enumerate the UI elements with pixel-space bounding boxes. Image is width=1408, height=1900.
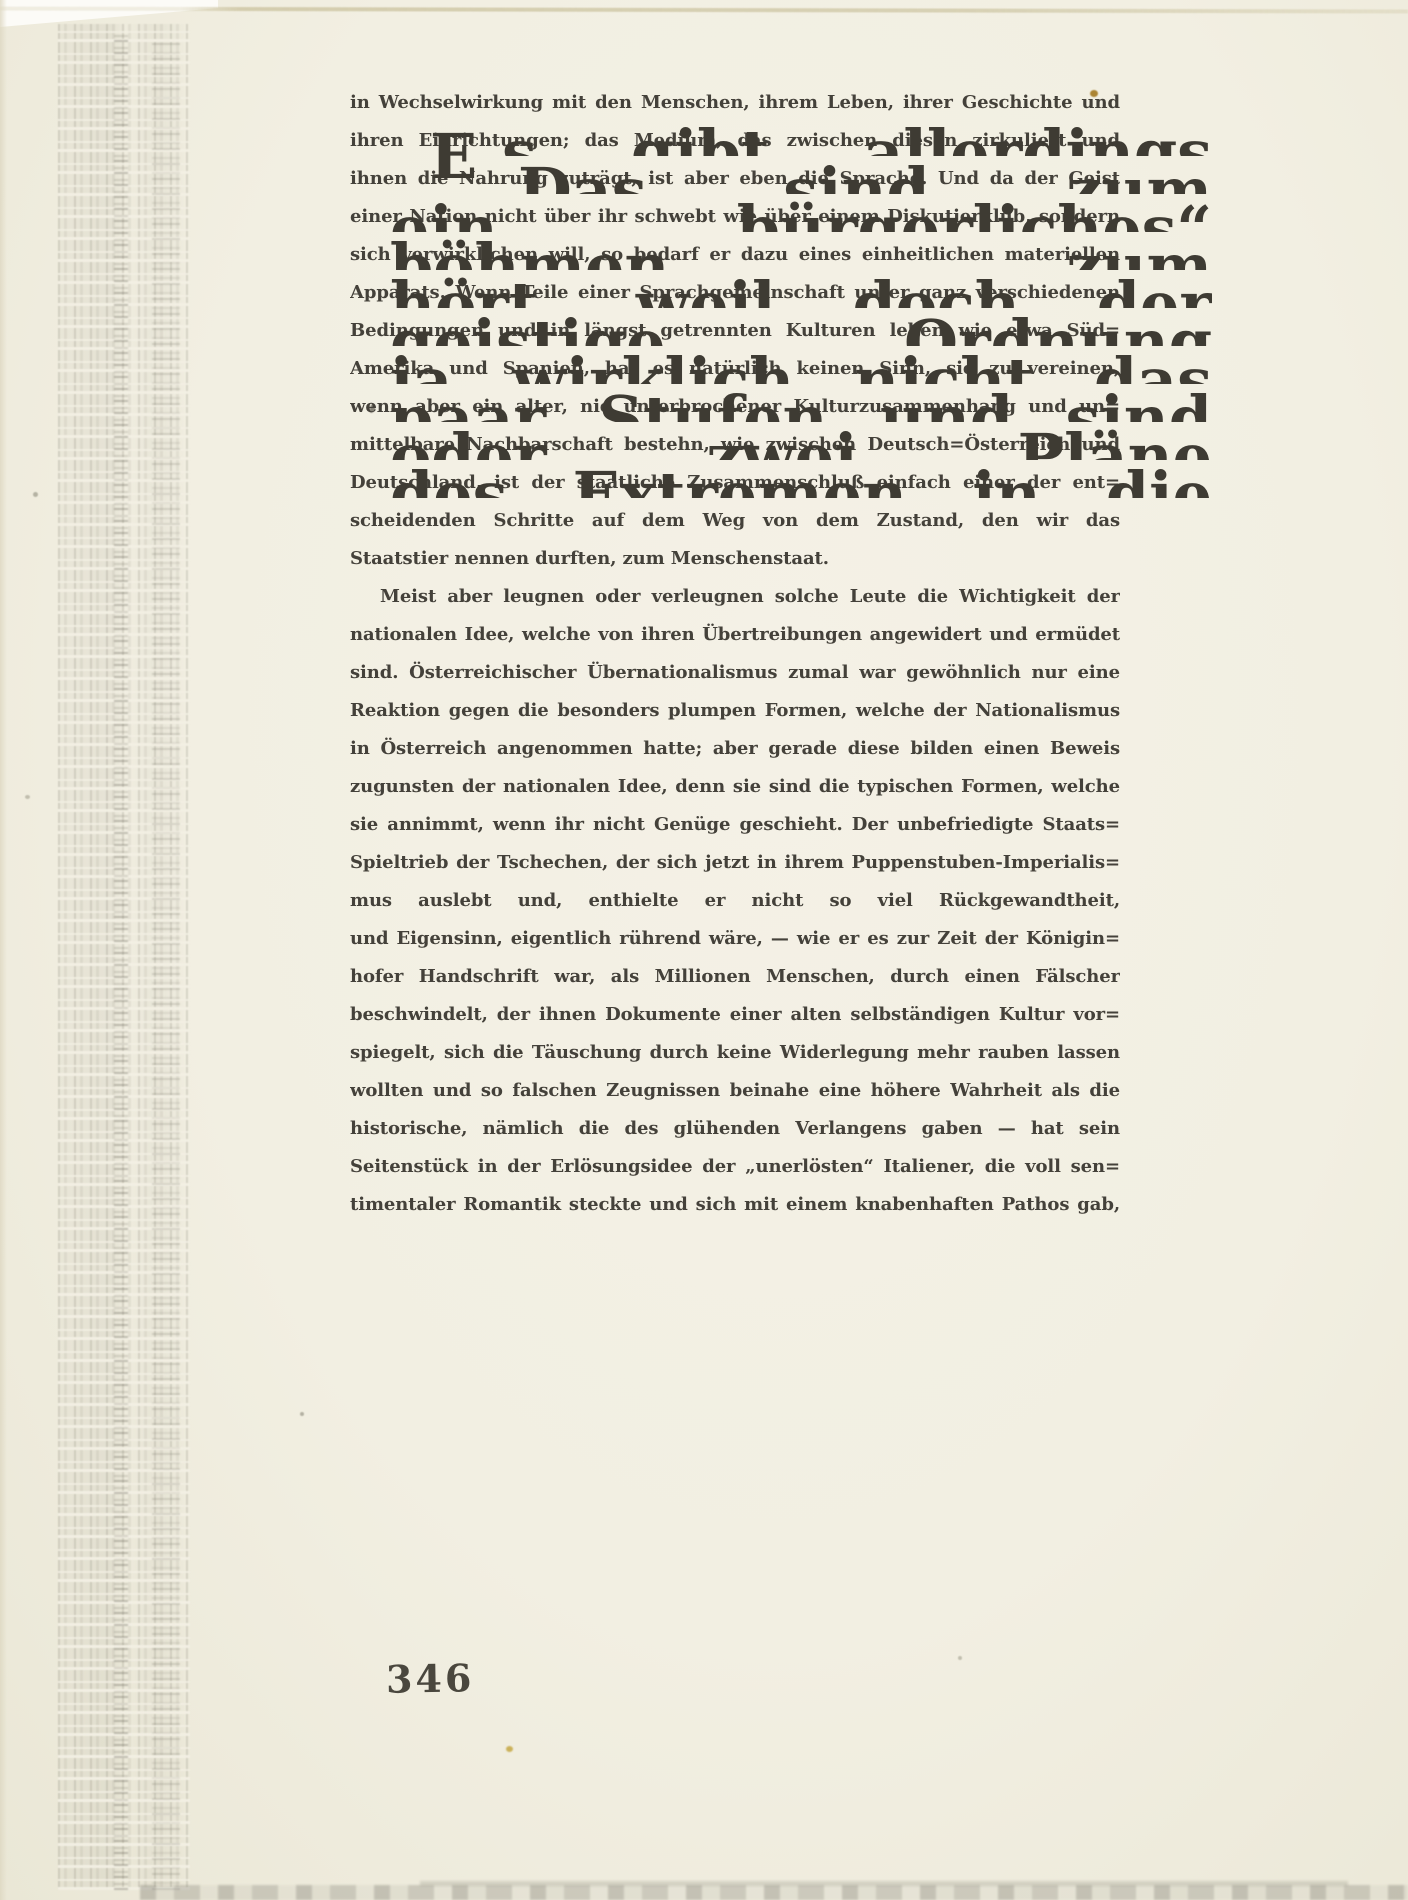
- text-line: Staatstier nennen durften, zum Menschens…: [350, 540, 1120, 578]
- text-line: geistige Ordnung erhalten wird, kurz, we…: [390, 308, 1212, 346]
- text-line: timentaler Romantik steckte und sich mit…: [350, 1186, 1120, 1224]
- paragraph: Meist aber leugnen oder verleugnen solch…: [350, 578, 1120, 1224]
- paper-speck: [25, 795, 30, 799]
- page-number: 346: [386, 1655, 475, 1702]
- text-line: wollten und so falschen Zeugnissen beina…: [350, 1072, 1120, 1110]
- text-line: Spieltrieb der Tschechen, der sich jetzt…: [350, 844, 1120, 882]
- text-line: hofer Handschrift war, als Millionen Men…: [350, 958, 1120, 996]
- text-line: Das sind zum kleinen Teil Ungeduldige, w…: [390, 156, 1212, 194]
- text-line: und Eigensinn, eigentlich rührend wäre, …: [350, 920, 1120, 958]
- paragraph: Es gibt allerdings Leute, welche das leu…: [390, 118, 1212, 498]
- scan-gutter-streak-mid: [152, 40, 180, 1890]
- text-line: sind. Österreichischer Übernationalismus…: [350, 654, 1120, 692]
- text-line: des Extremen in die Schöpfertrance verse…: [390, 460, 1212, 498]
- text-line: scheidenden Schritte auf dem Weg von dem…: [350, 502, 1120, 540]
- paper-speck: [958, 1656, 962, 1660]
- text-line: historische, nämlich die des glühenden V…: [350, 1110, 1120, 1148]
- book-page-scan: in Wechselwirkung mit den Menschen, ihre…: [0, 0, 1408, 1900]
- text-line: paar Stufen und sind offenbar Menschen, …: [390, 384, 1212, 422]
- text-line: mus auslebt und, enthielte er nicht so v…: [350, 882, 1120, 920]
- paper-speck: [506, 1746, 513, 1752]
- text-line: Meist aber leugnen oder verleugnen solch…: [350, 578, 1120, 616]
- scan-bottom-edge-band: [140, 1885, 1408, 1900]
- scan-edge-notch: [0, 0, 218, 27]
- text-line: spiegelt, sich die Täuschung durch keine…: [350, 1034, 1120, 1072]
- paper-speck: [33, 492, 38, 497]
- text-block: in Wechselwirkung mit den Menschen, ihre…: [350, 84, 1120, 1224]
- text-line: in Wechselwirkung mit den Menschen, ihre…: [350, 84, 1120, 122]
- text-line: sie annimmt, wenn ihr nicht Genüge gesch…: [350, 806, 1120, 844]
- text-line: nationalen Idee, welche von ihren Übertr…: [350, 616, 1120, 654]
- text-line: zugunsten der nationalen Idee, denn sie …: [350, 768, 1120, 806]
- scan-bottom-edge-band-2: [420, 1881, 1348, 1886]
- scan-left-edge-shadow: [0, 0, 7, 1900]
- text-line: s gibt allerdings Leute, welche das leug…: [390, 118, 1212, 156]
- scan-gutter-streak-dark: [114, 30, 128, 1890]
- text-line: ja wirklich nicht das Wichtigste und Let…: [390, 346, 1212, 384]
- text-line: Seitenstück in der Erlösungsidee der „un…: [350, 1148, 1120, 1186]
- text-line: beschwindelt, der ihnen Dokumente einer …: [350, 996, 1120, 1034]
- text-line: Reaktion gegen die besonders plumpen For…: [350, 692, 1120, 730]
- text-line: böhmen zum Deutschen Reich oder zum tsch…: [390, 232, 1212, 270]
- text-line: in Österreich angenommen hatte; aber ger…: [350, 730, 1120, 768]
- scan-top-edge-line: [0, 7, 1408, 14]
- paper-speck: [300, 1412, 304, 1416]
- drop-cap-initial: E: [430, 122, 477, 192]
- text-line: hört, weil doch der Bolschewikismus komm…: [390, 270, 1212, 308]
- text-line: ein „bürgerliches“ Ideal nennen und es g…: [390, 194, 1212, 232]
- text-line: oder zwei Pläne gleichzeitig Platz haben…: [390, 422, 1212, 460]
